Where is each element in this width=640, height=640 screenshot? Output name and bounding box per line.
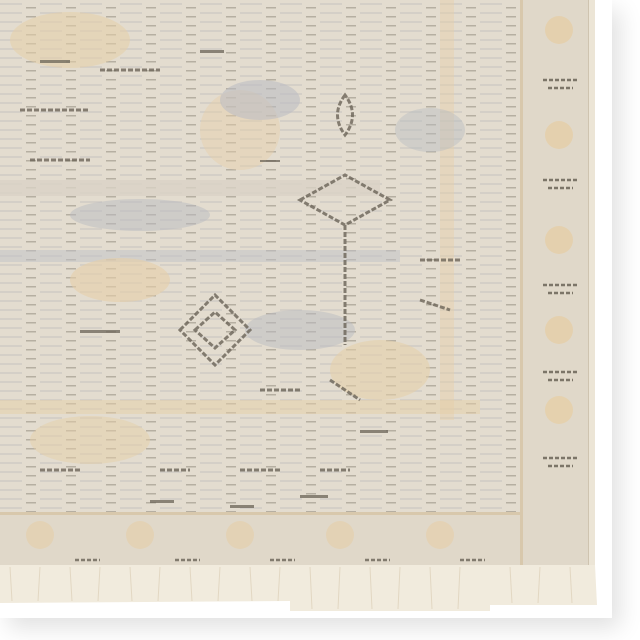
rug-field	[0, 0, 520, 512]
rug-edge-binding	[588, 0, 595, 590]
photo-scene	[0, 0, 640, 640]
rug	[0, 0, 595, 590]
side-border-pattern	[523, 0, 595, 590]
rug-fringe	[0, 565, 600, 615]
rug-side-border	[520, 0, 595, 590]
rug-pattern	[0, 0, 520, 512]
fringe-strands	[0, 565, 600, 615]
